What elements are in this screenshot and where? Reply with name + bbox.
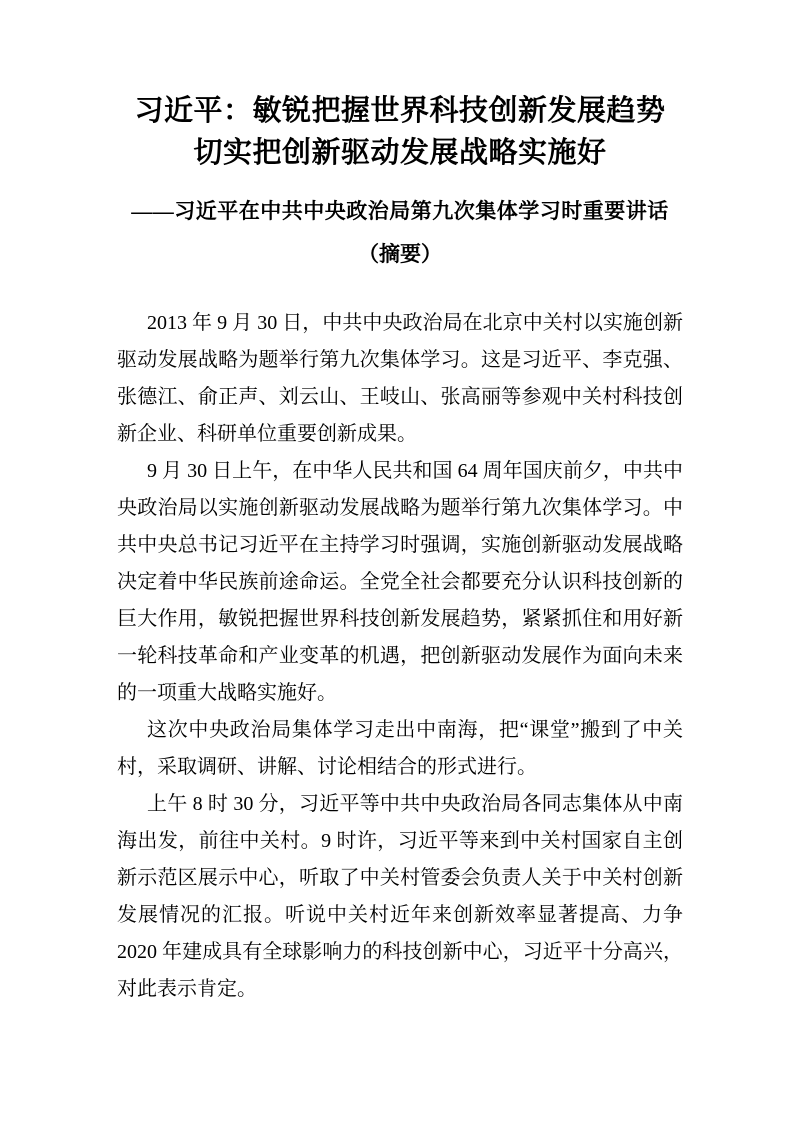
document-subtitle-note: （摘要） xyxy=(117,241,683,267)
paragraph-4: 上午 8 时 30 分，习近平等中共中央政治局各同志集体从中南海出发，前往中关村… xyxy=(117,786,683,1008)
document-subtitle: ——习近平在中共中央政治局第九次集体学习时重要讲话 xyxy=(117,198,683,224)
document-body: 2013 年 9 月 30 日，中共中央政治局在北京中关村以实施创新驱动发展战略… xyxy=(117,305,683,1008)
paragraph-3: 这次中央政治局集体学习走出中南海，把“课堂”搬到了中关村，采取调研、讲解、讨论相… xyxy=(117,712,683,786)
paragraph-1: 2013 年 9 月 30 日，中共中央政治局在北京中关村以实施创新驱动发展战略… xyxy=(117,305,683,453)
document-title: 习近平：敏锐把握世界科技创新发展趋势 切实把创新驱动发展战略实施好 xyxy=(117,90,683,174)
title-line-2: 切实把创新驱动发展战略实施好 xyxy=(193,137,606,169)
document-page: 习近平：敏锐把握世界科技创新发展趋势 切实把创新驱动发展战略实施好 ——习近平在… xyxy=(0,0,793,1122)
paragraph-2: 9 月 30 日上午，在中华人民共和国 64 周年国庆前夕，中共中央政治局以实施… xyxy=(117,453,683,712)
title-line-1: 习近平：敏锐把握世界科技创新发展趋势 xyxy=(134,95,665,127)
